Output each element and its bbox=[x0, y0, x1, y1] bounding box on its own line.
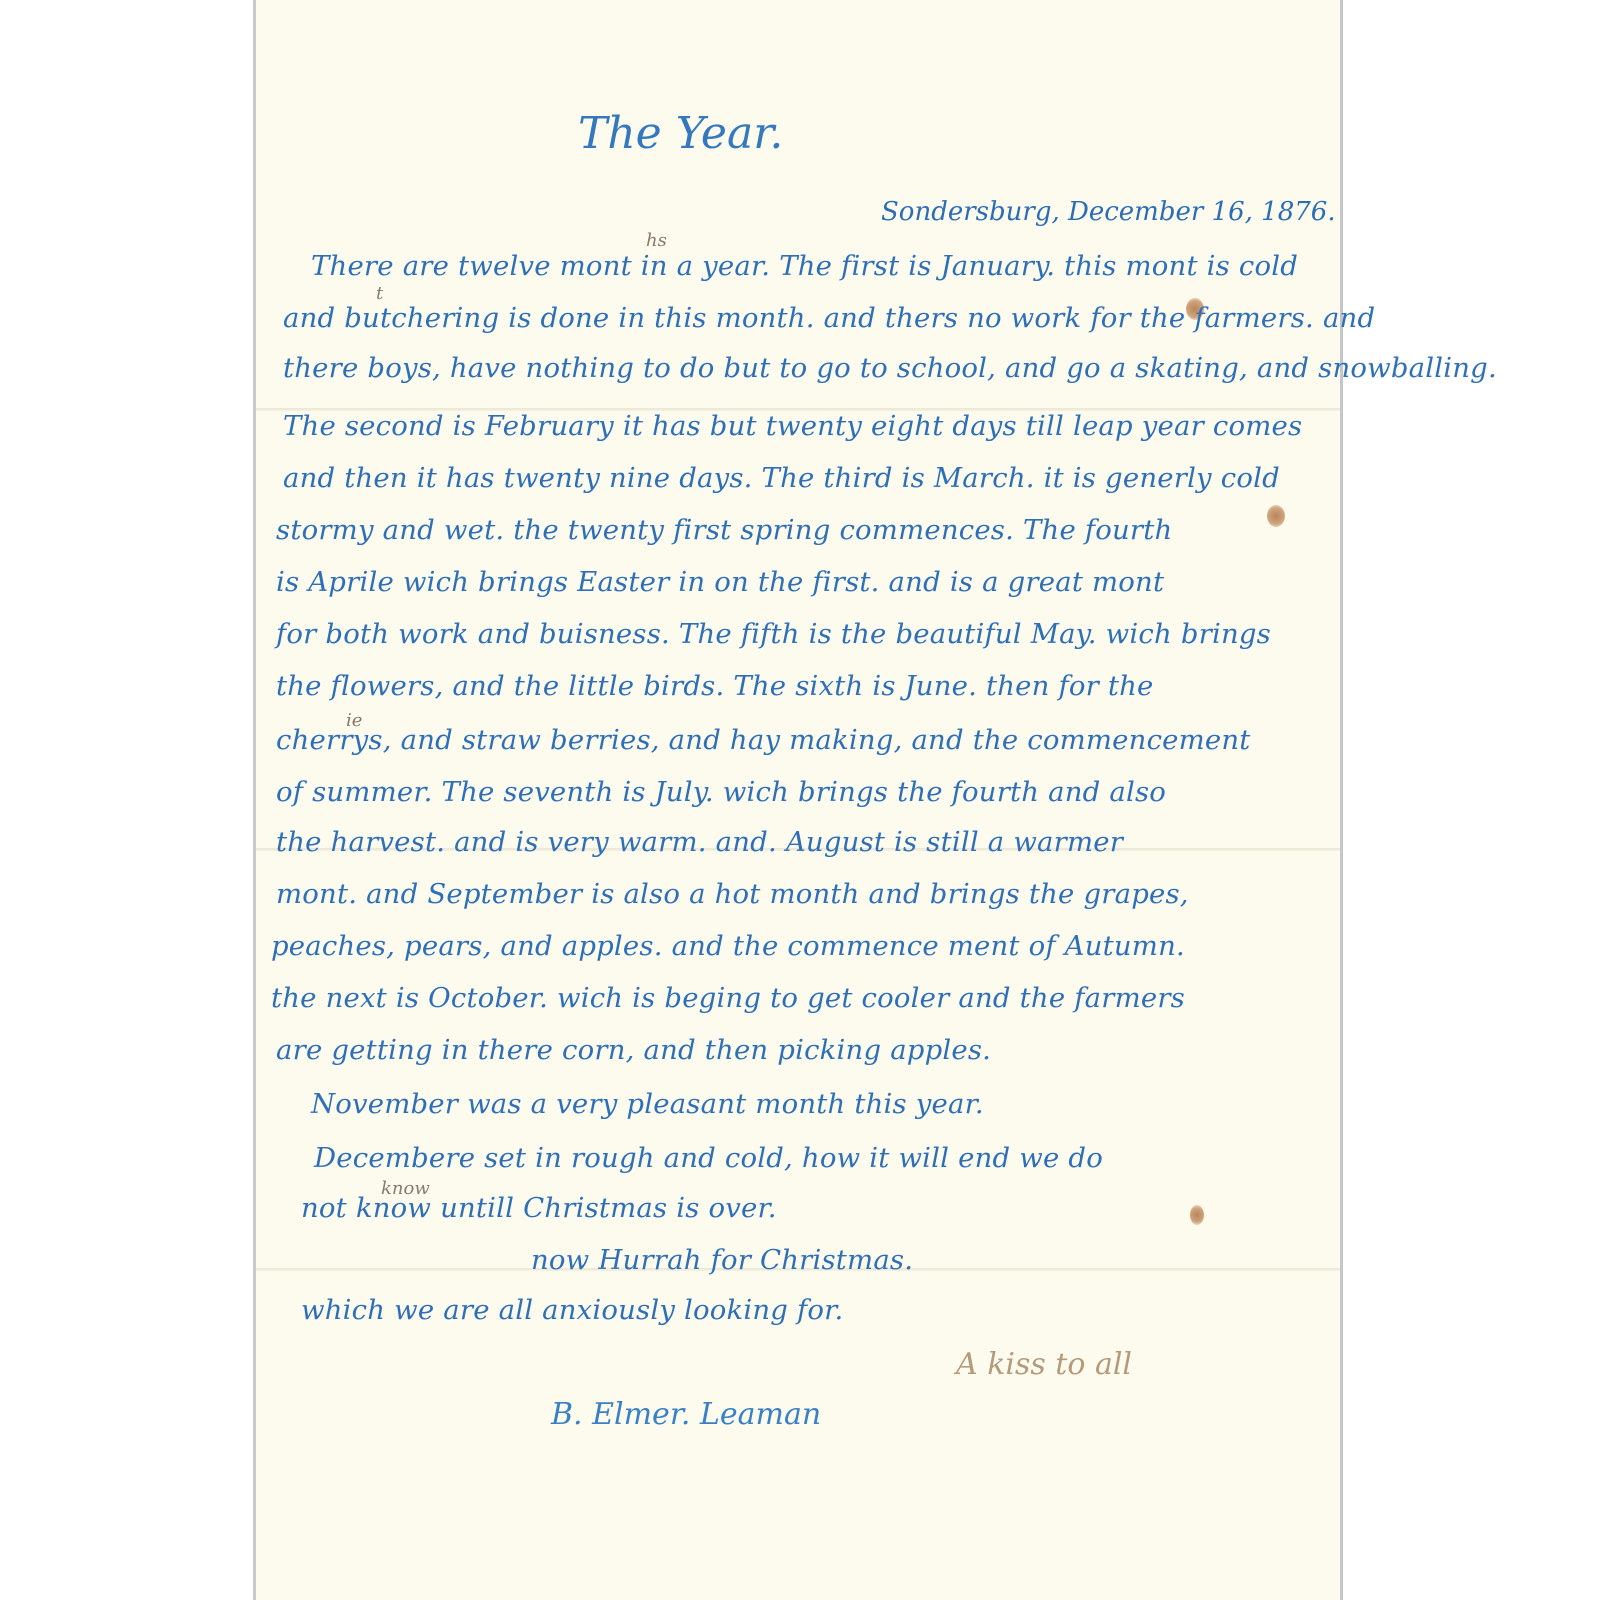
text-line: peaches, pears, and apples. and the comm… bbox=[271, 930, 1185, 962]
text-line: and butchering is done in this month. an… bbox=[283, 302, 1375, 334]
text-line: not know untill Christmas is over. bbox=[301, 1192, 777, 1224]
text-line: November was a very pleasant month this … bbox=[311, 1088, 984, 1120]
text-line: now Hurrah for Christmas. bbox=[531, 1244, 913, 1276]
text-line: which we are all anxiously looking for. bbox=[301, 1294, 843, 1326]
text-line: for both work and buisness. The fifth is… bbox=[276, 618, 1271, 650]
text-line: cherrys, and straw berries, and hay maki… bbox=[276, 724, 1251, 756]
text-line: mont. and September is also a hot month … bbox=[276, 878, 1189, 910]
text-line: there boys, have nothing to do but to go… bbox=[283, 352, 1497, 384]
ink-stain bbox=[1267, 505, 1285, 527]
text-line: the harvest. and is very warm. and. Augu… bbox=[276, 826, 1123, 858]
text-line: the flowers, and the little birds. The s… bbox=[276, 670, 1154, 702]
text-line: stormy and wet. the twenty first spring … bbox=[276, 514, 1172, 546]
document-title: The Year. bbox=[578, 108, 783, 159]
signature: B. Elmer. Leaman bbox=[551, 1397, 821, 1432]
text-line: The second is February it has but twenty… bbox=[283, 410, 1302, 442]
text-line: are getting in there corn, and then pick… bbox=[276, 1034, 991, 1066]
dateline: Sondersburg, December 16, 1876. bbox=[881, 197, 1336, 227]
ink-stain bbox=[1190, 1205, 1204, 1225]
letter-page: The Year. Sondersburg, December 16, 1876… bbox=[253, 0, 1343, 1600]
correction-mark: hs bbox=[646, 230, 667, 251]
text-line: There are twelve mont in a year. The fir… bbox=[311, 250, 1298, 282]
text-line: Decembere set in rough and cold, how it … bbox=[314, 1142, 1103, 1174]
text-line: the next is October. wich is beging to g… bbox=[271, 982, 1185, 1014]
text-line: of summer. The seventh is July. wich bri… bbox=[276, 776, 1166, 808]
correction-mark: t bbox=[376, 283, 383, 304]
text-line: and then it has twenty nine days. The th… bbox=[283, 462, 1280, 494]
postscript: A kiss to all bbox=[956, 1347, 1132, 1382]
text-line: is Aprile wich brings Easter in on the f… bbox=[276, 566, 1164, 598]
